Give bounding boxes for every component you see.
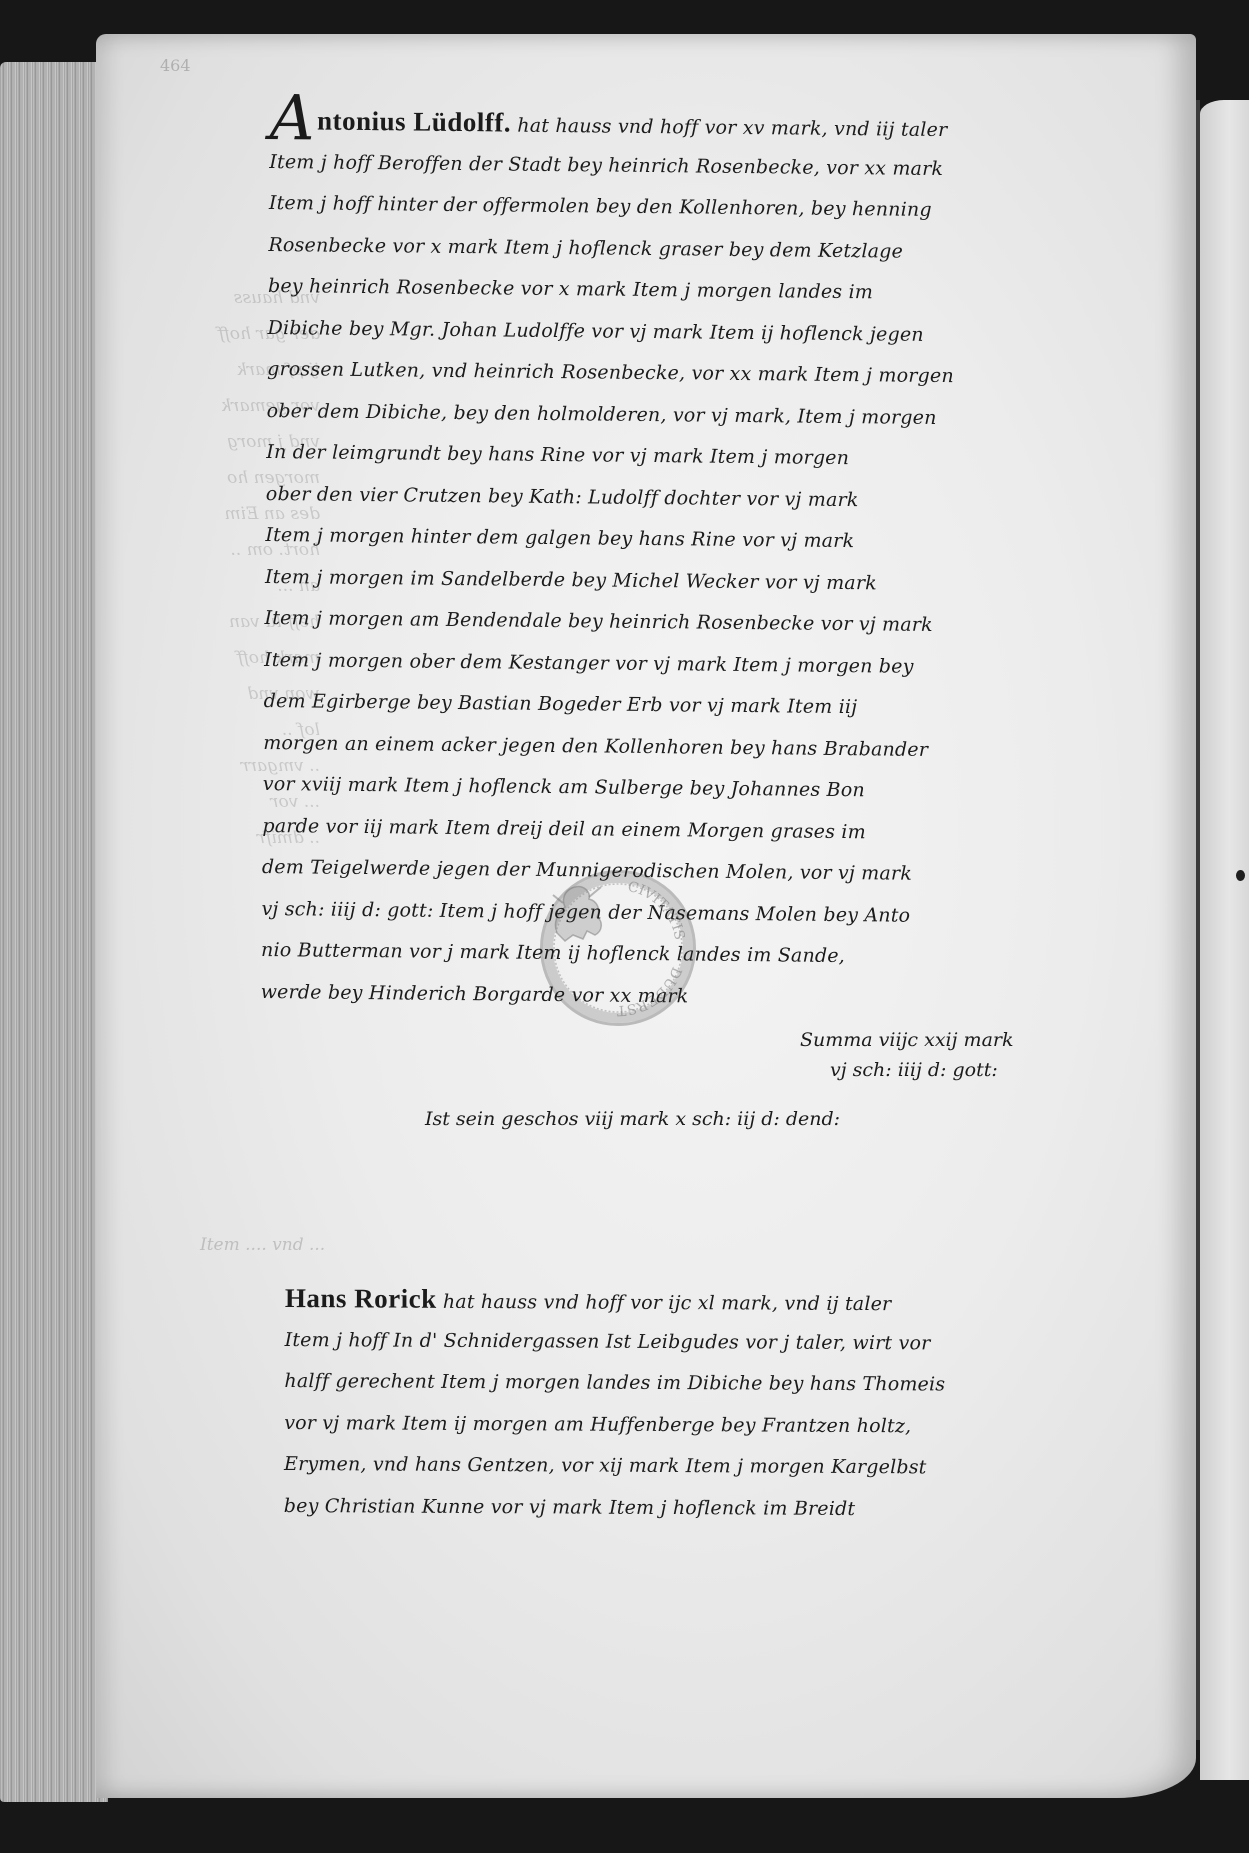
entry-line: Item j morgen im Sandelberde bey Michel … [265,556,952,605]
entry-line: Rosenbecke vor x mark Item j hoflenck gr… [268,224,955,273]
facing-page-edge [1200,100,1249,1780]
entry-line: hat hauss vnd hoff vor ijc xl mark, vnd … [443,1291,892,1315]
entry-line: halff gerechent Item j morgen landes im … [284,1361,945,1406]
entry-heading: Antonius Lüdolff. [270,105,512,138]
register-entry-hans-rorick: Hans Rorick hat hauss vnd hoff vor ijc x… [284,1278,946,1530]
tax-paid-note: Ist sein geschos viij mark x sch: iij d:… [425,1108,840,1130]
ink-dot [1236,870,1245,881]
register-entry-antonius-ludolff: Antonius Lüdolff. hat hauss vnd hoff vor… [260,100,956,1020]
entry-line: Item j hoff hinter der offermolen bey de… [269,183,956,232]
page-stack-edges [0,62,108,1802]
folio-number: 464 [160,56,191,75]
entry-line: vor vj mark Item ij morgen am Huffenberg… [284,1402,945,1447]
entry-line: bey Christian Kunne vor vj mark Item j h… [284,1485,945,1530]
faint-margin-note: Item .... vnd ... [200,1235,325,1255]
entry-line: Item j morgen hinter dem galgen bey hans… [265,515,952,564]
entry-line: werde bey Hinderich Borgarde vor xx mark [260,971,947,1020]
entry-line: In der leimgrundt bey hans Rine vor vj m… [266,432,953,481]
entry-line: Item j morgen ober dem Kestanger vor vj … [264,639,951,688]
entry-line: ober den vier Crutzen bey Kath: Ludolff … [266,473,953,522]
entry-line: ober dem Dibiche, bey den holmolderen, v… [267,390,954,439]
entry-line: parde vor iij mark Item dreij deil an ei… [262,805,949,854]
entry-line: Erymen, vnd hans Gentzen, vor xij mark I… [284,1444,945,1489]
entry-line: dem Egirberge bey Bastian Bogeder Erb vo… [263,681,950,730]
entry-line: Item j hoff In d' Schnidergassen Ist Lei… [285,1319,946,1364]
entry-line: grossen Lutken, vnd heinrich Rosenbecke,… [267,349,954,398]
sum-line-currency: vj sch: iiij d: gott: [800,1055,1014,1085]
sum-line-total: Summa viijc xxij mark [800,1025,1014,1055]
entry-sum: Summa viijc xxij mark vj sch: iiij d: go… [800,1025,1014,1085]
entry-line: Dibiche bey Mgr. Johan Ludolffe vor vj m… [267,307,954,356]
entry-line: vj sch: iiij d: gott: Item j hoff jegen … [261,888,948,937]
entry-line: dem Teigelwerde jegen der Munnigerodisch… [262,847,949,896]
entry-line: Item j hoff Beroffen der Stadt bey heinr… [269,141,956,190]
entry-line: vor xviij mark Item j hoflenck am Sulber… [263,764,950,813]
entry-line: nio Butterman vor j mark Item ij hoflenc… [261,930,948,979]
entry-line: bey heinrich Rosenbecke vor x mark Item … [268,266,955,315]
entry-line: hat hauss vnd hoff vor xv mark, vnd iij … [517,115,947,142]
entry-line: morgen an einem acker jegen den Kollenho… [263,722,950,771]
entry-heading: Hans Rorick [285,1283,437,1314]
entry-line: Item j morgen am Bendendale bey heinrich… [264,598,951,647]
scan-scene: 464 vnd haussder gar hoffij pf markvor g… [0,0,1249,1853]
